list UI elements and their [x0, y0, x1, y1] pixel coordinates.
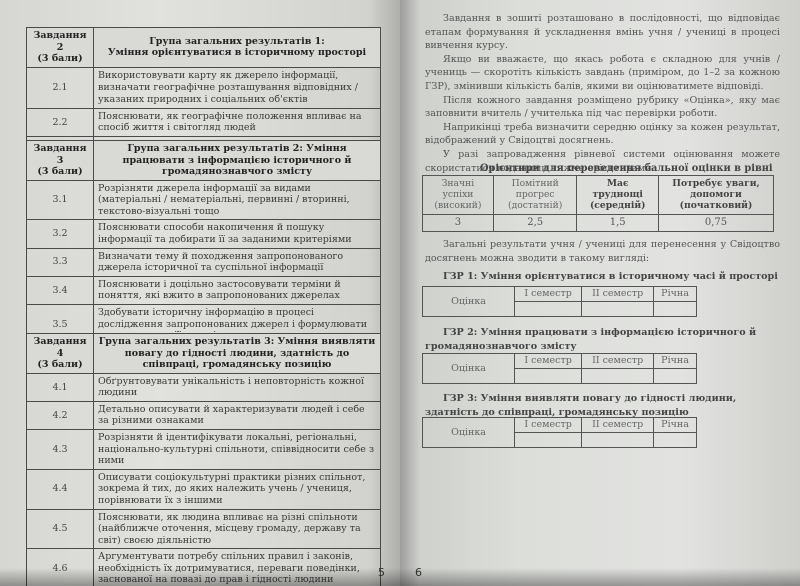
- row-code: 4.3: [27, 430, 94, 470]
- grade-row-label: Оцінка: [423, 418, 515, 448]
- table-row: 4.1Обґрунтовувати унікальність і неповто…: [27, 373, 381, 401]
- levels-table: Значні успіхи (високий) Помітний прогрес…: [422, 175, 774, 232]
- col-semester-2: II семестр: [582, 418, 654, 433]
- col-semester-2: II семестр: [582, 287, 654, 302]
- row-text: Пояснювати, як людина впливає на різні с…: [94, 509, 381, 549]
- grade-cell-annual[interactable]: [654, 369, 697, 384]
- col-semester-1: I семестр: [515, 418, 582, 433]
- row-code: 2.1: [27, 67, 94, 108]
- table-row: 3.4Пояснювати і доцільно застосовувати т…: [27, 276, 381, 304]
- row-text: Розрізняти джерела інформації за видами …: [94, 180, 381, 220]
- table-row: 4.3Розрізняти й ідентифікувати локальні,…: [27, 430, 381, 470]
- row-code: 3.3: [27, 248, 94, 276]
- level-value: 0,75: [659, 214, 774, 231]
- row-text: Розрізняти й ідентифікувати локальні, ре…: [94, 430, 381, 470]
- grade-cell-annual[interactable]: [654, 302, 697, 317]
- table-row: 3.1Розрізняти джерела інформації за вида…: [27, 180, 381, 220]
- paragraph: Якщо ви вважаєте, що якась робота є скла…: [425, 53, 780, 94]
- level-header: Має труднощі (середній): [577, 176, 659, 215]
- grade-table-gzr-2: Оцінка I семестр II семестр Річна: [422, 353, 697, 384]
- task-label: Завдання 4 (3 бали): [27, 334, 94, 374]
- paragraph: Завдання в зошиті розташовано в послідов…: [425, 12, 780, 53]
- row-text: Пояснювати і доцільно застосовувати терм…: [94, 276, 381, 304]
- levels-table-caption: Орієнтири для переведення бальної оцінки…: [480, 163, 773, 174]
- row-text: Пояснювати способи накопичення й пошуку …: [94, 220, 381, 248]
- grade-cell-semester-2[interactable]: [582, 433, 654, 448]
- grade-cell-semester-2[interactable]: [582, 302, 654, 317]
- task-label: Завдання 3 (3 бали): [27, 141, 94, 181]
- row-code: 3.1: [27, 180, 94, 220]
- group-title: Група загальних результатів 1: Уміння ор…: [94, 28, 381, 68]
- table-row: 4.4Описувати соціокультурні практики різ…: [27, 469, 381, 509]
- left-page: Завдання 2 (3 бали) Група загальних резу…: [0, 0, 400, 586]
- group-title: Група загальних результатів 2: Уміння пр…: [94, 141, 381, 181]
- row-text: Обґрунтовувати унікальність і неповторні…: [94, 373, 381, 401]
- table-row: 2.2Пояснювати, як географічне положення …: [27, 108, 381, 136]
- grade-row-label: Оцінка: [423, 287, 515, 317]
- grade-cell-semester-2[interactable]: [582, 369, 654, 384]
- grade-cell-annual[interactable]: [654, 433, 697, 448]
- table-row: 4.2Детально описувати й характеризувати …: [27, 401, 381, 429]
- gzr-2-title: ГЗР 2: Уміння працювати з інформацією іс…: [425, 326, 780, 353]
- grade-cell-semester-1[interactable]: [515, 302, 582, 317]
- row-code: 2.2: [27, 108, 94, 136]
- table-row: 4.5Пояснювати, як людина впливає на різн…: [27, 509, 381, 549]
- level-value: 3: [423, 214, 494, 231]
- row-code: 3.4: [27, 276, 94, 304]
- summary-text: Загальні результати учня / учениці для п…: [425, 238, 780, 265]
- table-row: 2.1Використовувати карту як джерело інфо…: [27, 67, 381, 108]
- row-text: Визначати тему й походження запропонован…: [94, 248, 381, 276]
- criteria-table-task-4: Завдання 4 (3 бали) Група загальних резу…: [26, 333, 381, 586]
- table-row: 3.3Визначати тему й походження запропоно…: [27, 248, 381, 276]
- row-text: Детально описувати й характеризувати люд…: [94, 401, 381, 429]
- col-annual: Річна: [654, 287, 697, 302]
- grade-cell-semester-1[interactable]: [515, 369, 582, 384]
- grade-table-gzr-3: Оцінка I семестр II семестр Річна: [422, 417, 697, 448]
- col-semester-1: I семестр: [515, 287, 582, 302]
- col-annual: Річна: [654, 418, 697, 433]
- col-semester-1: I семестр: [515, 354, 582, 369]
- level-value: 1,5: [577, 214, 659, 231]
- row-code: 4.4: [27, 469, 94, 509]
- row-text: Описувати соціокультурні практики різних…: [94, 469, 381, 509]
- row-code: 4.5: [27, 509, 94, 549]
- row-code: 3.2: [27, 220, 94, 248]
- gzr-1-title: ГЗР 1: Уміння орієнтуватися в історичном…: [425, 270, 780, 284]
- table-row: 3.2Пояснювати способи накопичення й пошу…: [27, 220, 381, 248]
- gzr-3-title: ГЗР 3: Уміння виявляти повагу до гідност…: [425, 392, 780, 419]
- grade-table-gzr-1: Оцінка I семестр II семестр Річна: [422, 286, 697, 317]
- level-value: 2,5: [493, 214, 577, 231]
- paragraph: Після кожного завдання розміщено рубрику…: [425, 94, 780, 121]
- level-header: Помітний прогрес (достатній): [493, 176, 577, 215]
- col-semester-2: II семестр: [582, 354, 654, 369]
- intro-text: Завдання в зошиті розташовано в послідов…: [425, 12, 780, 175]
- paragraph: Наприкінці треба визначити середню оцінк…: [425, 121, 780, 148]
- row-code: 4.2: [27, 401, 94, 429]
- grade-row-label: Оцінка: [423, 354, 515, 384]
- row-text: Використовувати карту як джерело інформа…: [94, 67, 381, 108]
- paragraph: Загальні результати учня / учениці для п…: [425, 238, 780, 265]
- level-header: Значні успіхи (високий): [423, 176, 494, 215]
- row-text: Пояснювати, як географічне положення впл…: [94, 108, 381, 136]
- grade-cell-semester-1[interactable]: [515, 433, 582, 448]
- col-annual: Річна: [654, 354, 697, 369]
- bottom-shadow: [0, 568, 400, 586]
- level-header: Потребує уваги, допомоги (початковий): [659, 176, 774, 215]
- task-label: Завдання 2 (3 бали): [27, 28, 94, 68]
- row-code: 4.1: [27, 373, 94, 401]
- group-title: Група загальних результатів 3: Уміння ви…: [94, 334, 381, 374]
- bottom-shadow: [400, 568, 800, 586]
